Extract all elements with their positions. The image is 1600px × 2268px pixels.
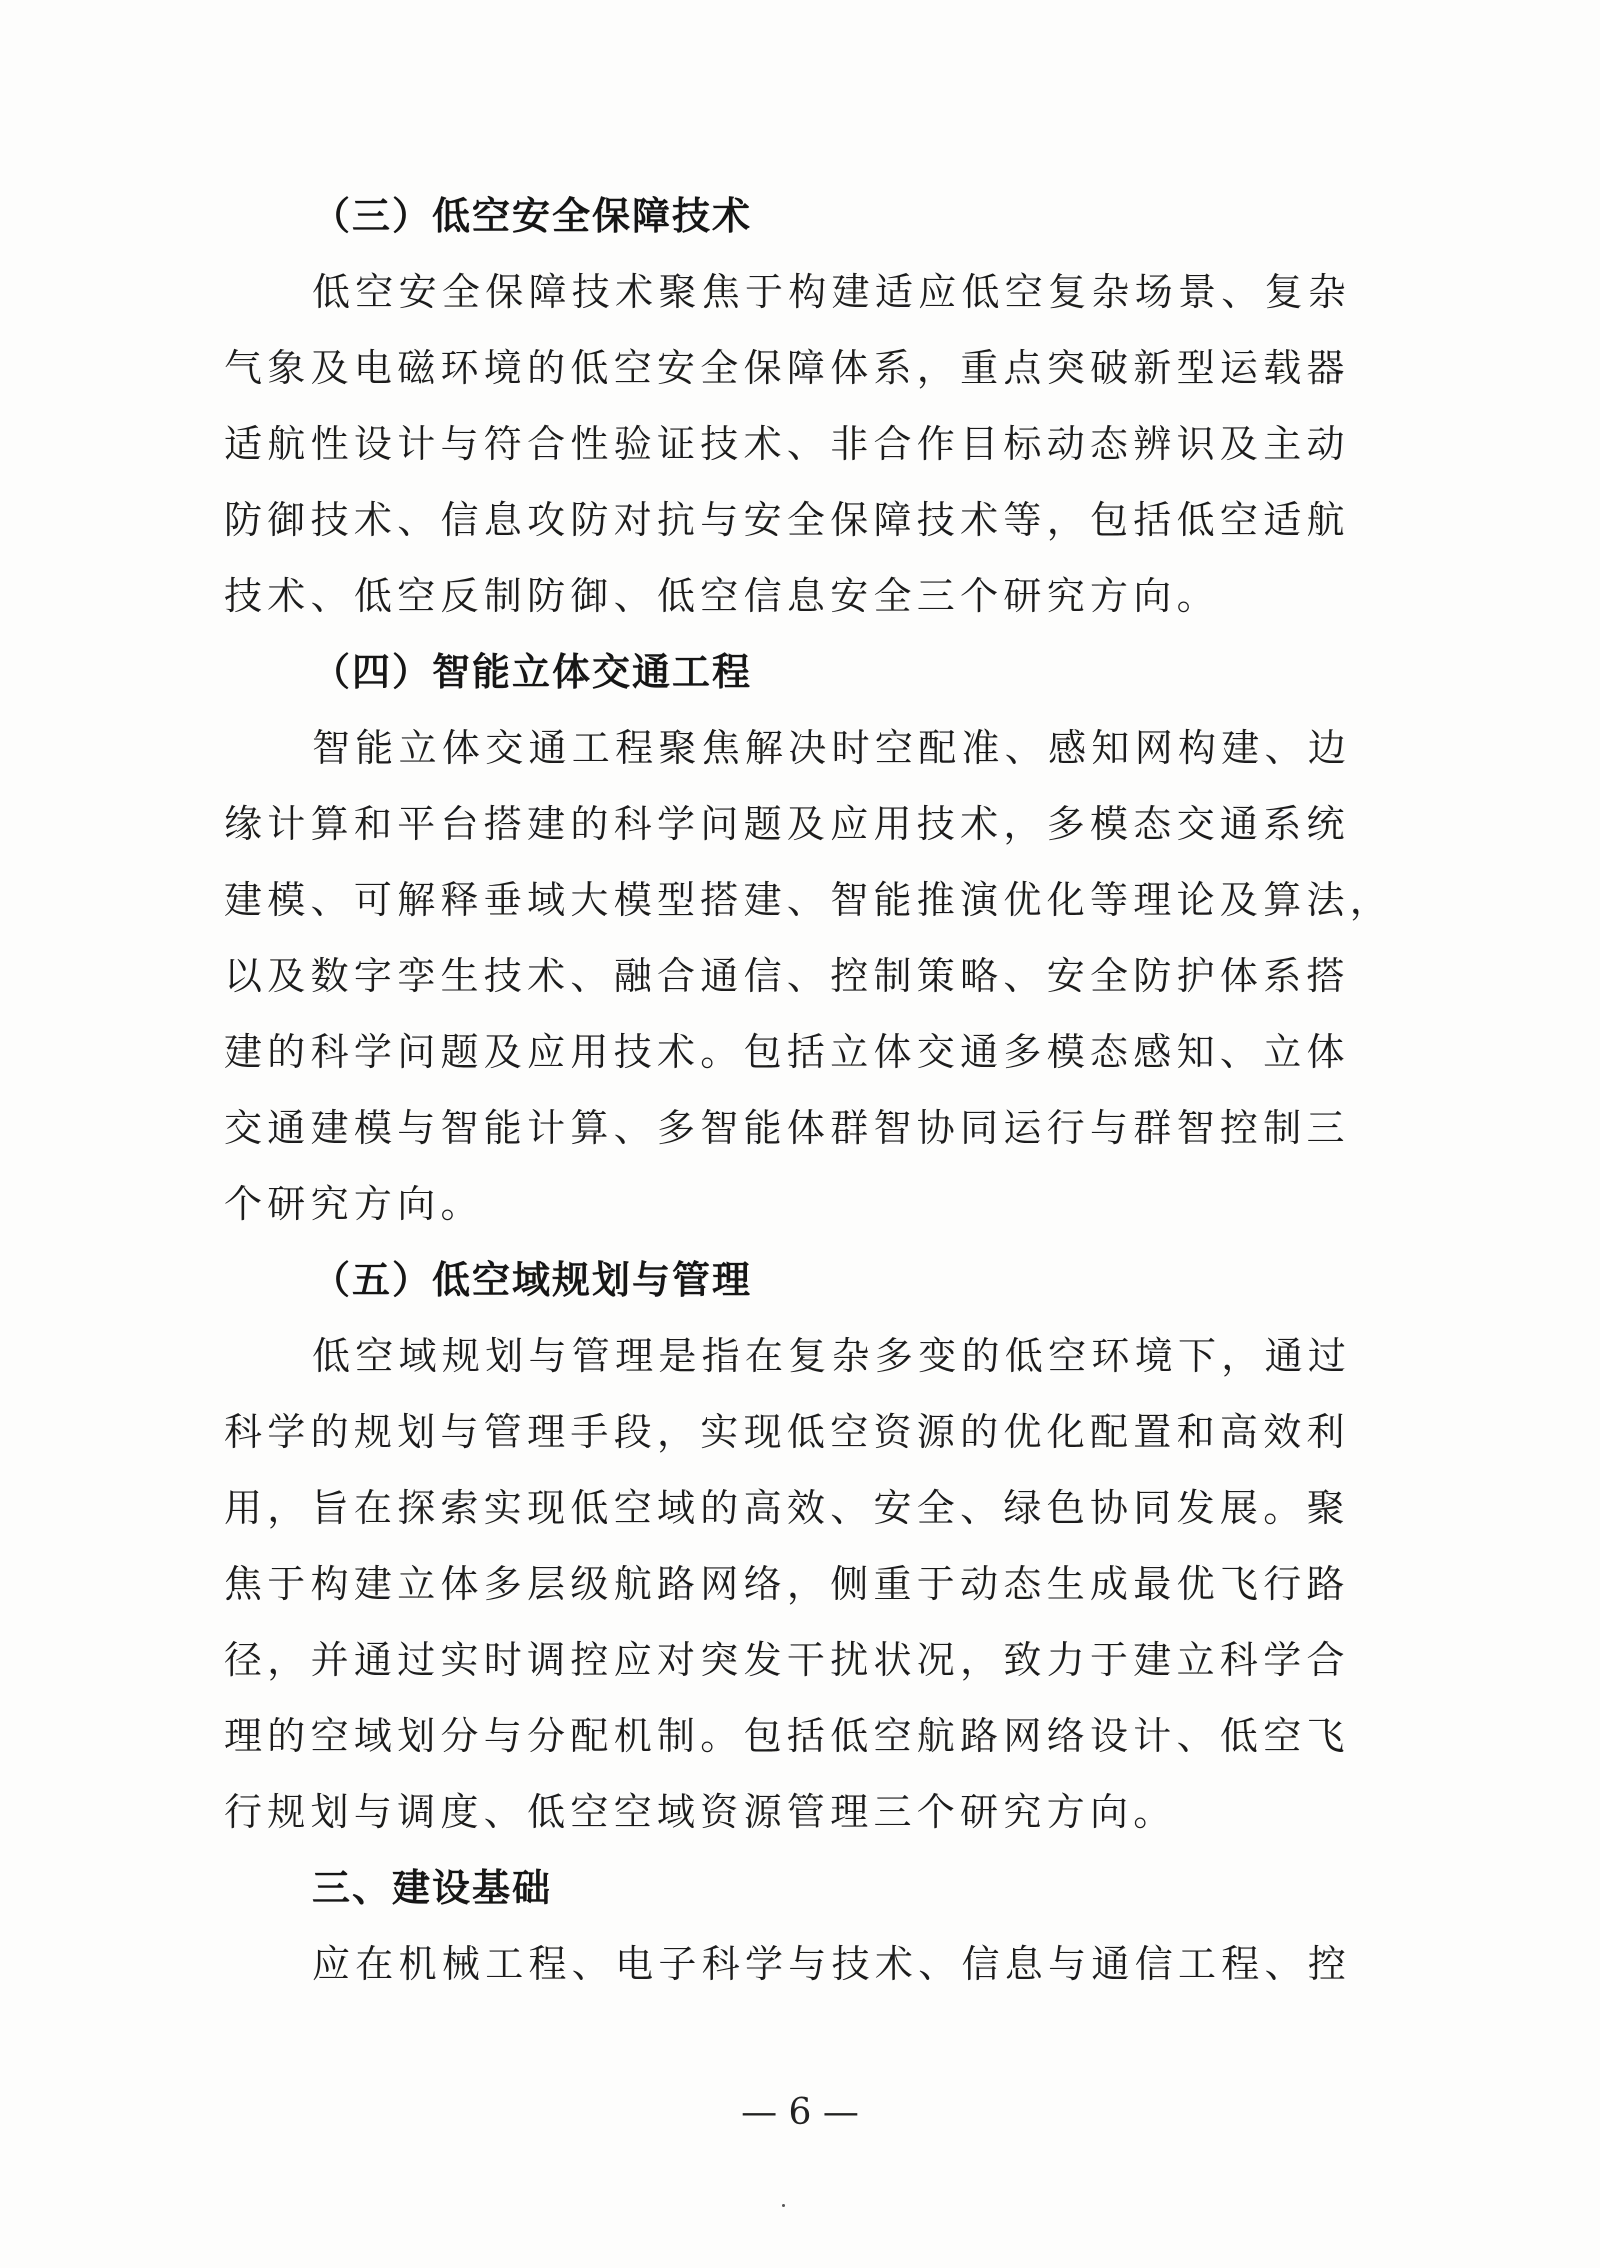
paragraph-line: 用，旨在探索实现低空域的高效、安全、绿色协同发展。聚	[224, 1470, 1376, 1546]
document-page: （三）低空安全保障技术 低空安全保障技术聚焦于构建适应低空复杂场景、复杂 气象及…	[0, 0, 1600, 2268]
page-number: — 6 —	[0, 2092, 1600, 2133]
paragraph-line: 智能立体交通工程聚焦解决时空配准、感知网构建、边	[224, 710, 1376, 786]
section-heading-construction-basis: 三、建设基础	[224, 1850, 1376, 1926]
paragraph-line: 行规划与调度、低空空域资源管理三个研究方向。	[224, 1774, 1376, 1850]
scan-speck	[782, 2204, 785, 2207]
paragraph-line: 个研究方向。	[224, 1166, 1376, 1242]
section-heading-low-altitude-safety: （三）低空安全保障技术	[224, 178, 1376, 254]
paragraph-line: 建模、可解释垂域大模型搭建、智能推演优化等理论及算法，	[224, 862, 1376, 938]
paragraph-line: 科学的规划与管理手段，实现低空资源的优化配置和高效利	[224, 1394, 1376, 1470]
paragraph-line: 应在机械工程、电子科学与技术、信息与通信工程、控	[224, 1926, 1376, 2002]
paragraph-line: 缘计算和平台搭建的科学问题及应用技术，多模态交通系统	[224, 786, 1376, 862]
body-text: （三）低空安全保障技术 低空安全保障技术聚焦于构建适应低空复杂场景、复杂 气象及…	[224, 178, 1376, 2002]
paragraph-line: 建的科学问题及应用技术。包括立体交通多模态感知、立体	[224, 1014, 1376, 1090]
section-heading-airspace-planning: （五）低空域规划与管理	[224, 1242, 1376, 1318]
paragraph-line: 低空域规划与管理是指在复杂多变的低空环境下，通过	[224, 1318, 1376, 1394]
paragraph-line: 焦于构建立体多层级航路网络，侧重于动态生成最优飞行路	[224, 1546, 1376, 1622]
paragraph-line: 径，并通过实时调控应对突发干扰状况，致力于建立科学合	[224, 1622, 1376, 1698]
paragraph-line: 适航性设计与符合性验证技术、非合作目标动态辨识及主动	[224, 406, 1376, 482]
paragraph-line: 以及数字孪生技术、融合通信、控制策略、安全防护体系搭	[224, 938, 1376, 1014]
paragraph-line: 气象及电磁环境的低空安全保障体系，重点突破新型运载器	[224, 330, 1376, 406]
paragraph-line: 防御技术、信息攻防对抗与安全保障技术等，包括低空适航	[224, 482, 1376, 558]
paragraph-line: 低空安全保障技术聚焦于构建适应低空复杂场景、复杂	[224, 254, 1376, 330]
paragraph-line: 交通建模与智能计算、多智能体群智协同运行与群智控制三	[224, 1090, 1376, 1166]
paragraph-line: 技术、低空反制防御、低空信息安全三个研究方向。	[224, 558, 1376, 634]
paragraph-line: 理的空域划分与分配机制。包括低空航路网络设计、低空飞	[224, 1698, 1376, 1774]
section-heading-intelligent-transport: （四）智能立体交通工程	[224, 634, 1376, 710]
